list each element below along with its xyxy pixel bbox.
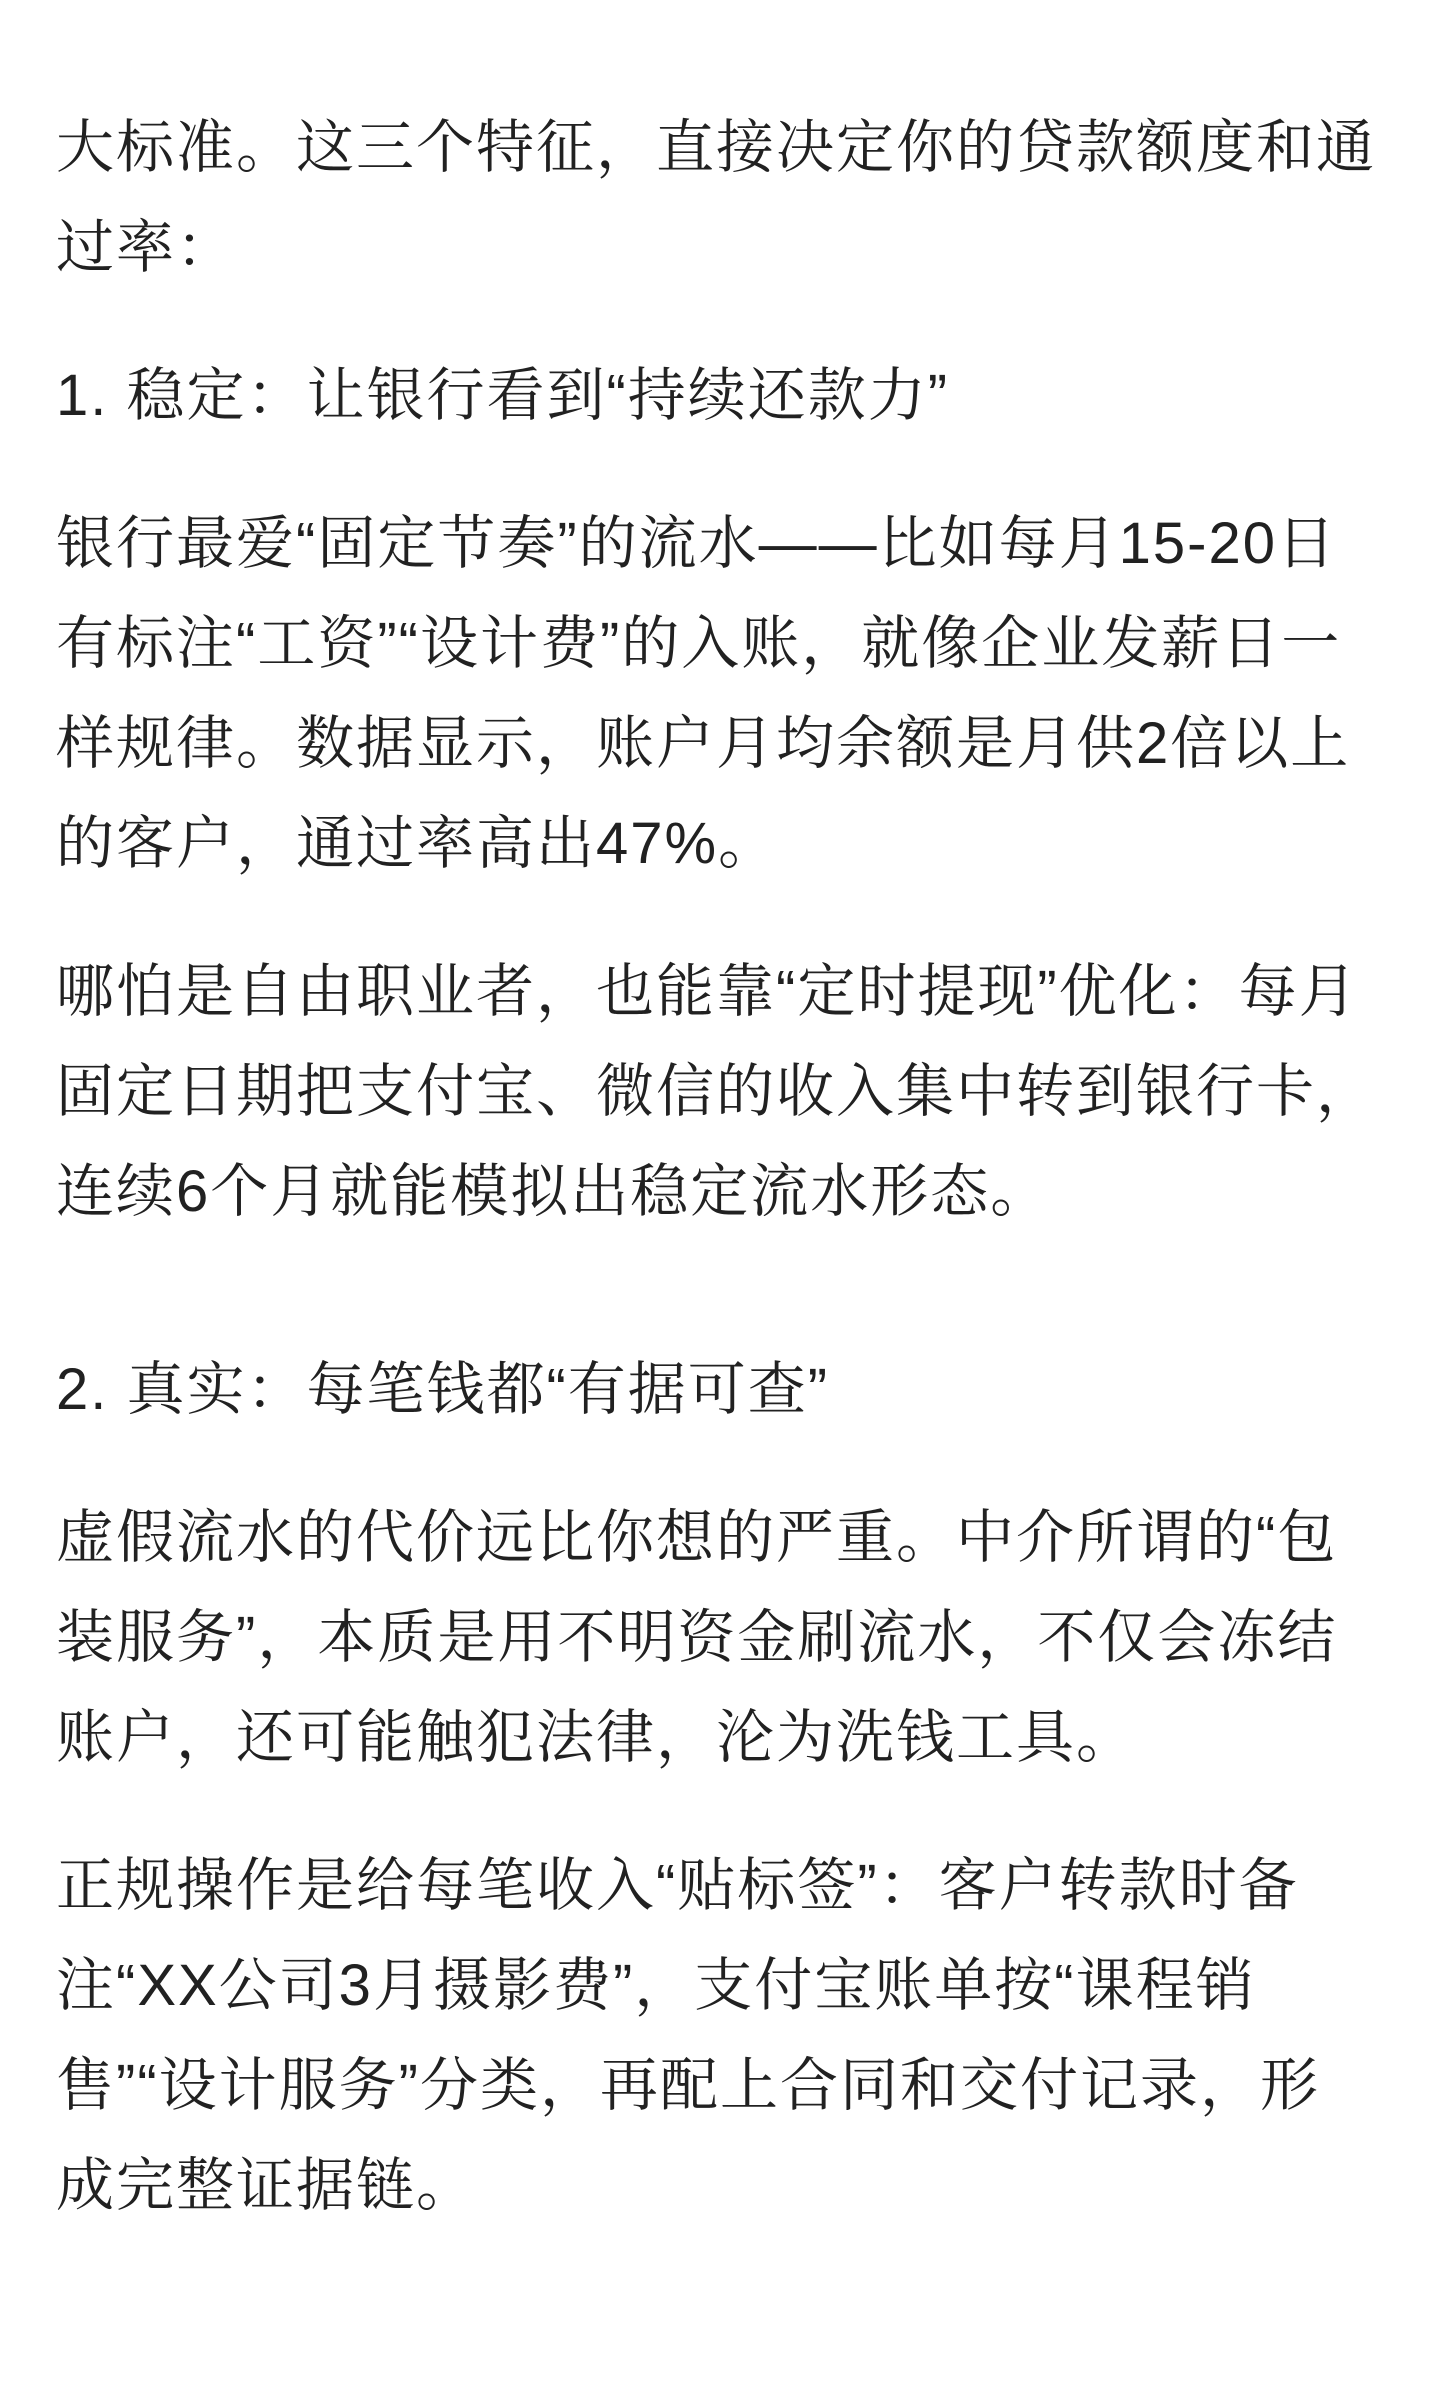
section-1-paragraph-1: 银行最爱“固定节奏”的流水——比如每月15-20日 有标注“工资”“设计费”的入… [56, 494, 1384, 894]
section-2-paragraph-1: 虚假流水的代价远比你想的严重。中介所谓的“包 装服务”，本质是用不明资金刷流水，… [56, 1488, 1384, 1788]
section-2-heading: 2. 真实：每笔钱都“有据可查” [56, 1340, 1384, 1440]
section-1-paragraph-2: 哪怕是自由职业者，也能靠“定时提现”优化：每月 固定日期把支付宝、微信的收入集中… [56, 942, 1384, 1242]
intro-paragraph: 大标准。这三个特征，直接决定你的贷款额度和通 过率： [56, 98, 1384, 298]
section-1-heading: 1. 稳定：让银行看到“持续还款力” [56, 346, 1384, 446]
article-body: 大标准。这三个特征，直接决定你的贷款额度和通 过率：1. 稳定：让银行看到“持续… [0, 0, 1440, 2376]
section-2-paragraph-2: 正规操作是给每笔收入“贴标签”：客户转款时备 注“XX公司3月摄影费”，支付宝账… [56, 1836, 1384, 2236]
